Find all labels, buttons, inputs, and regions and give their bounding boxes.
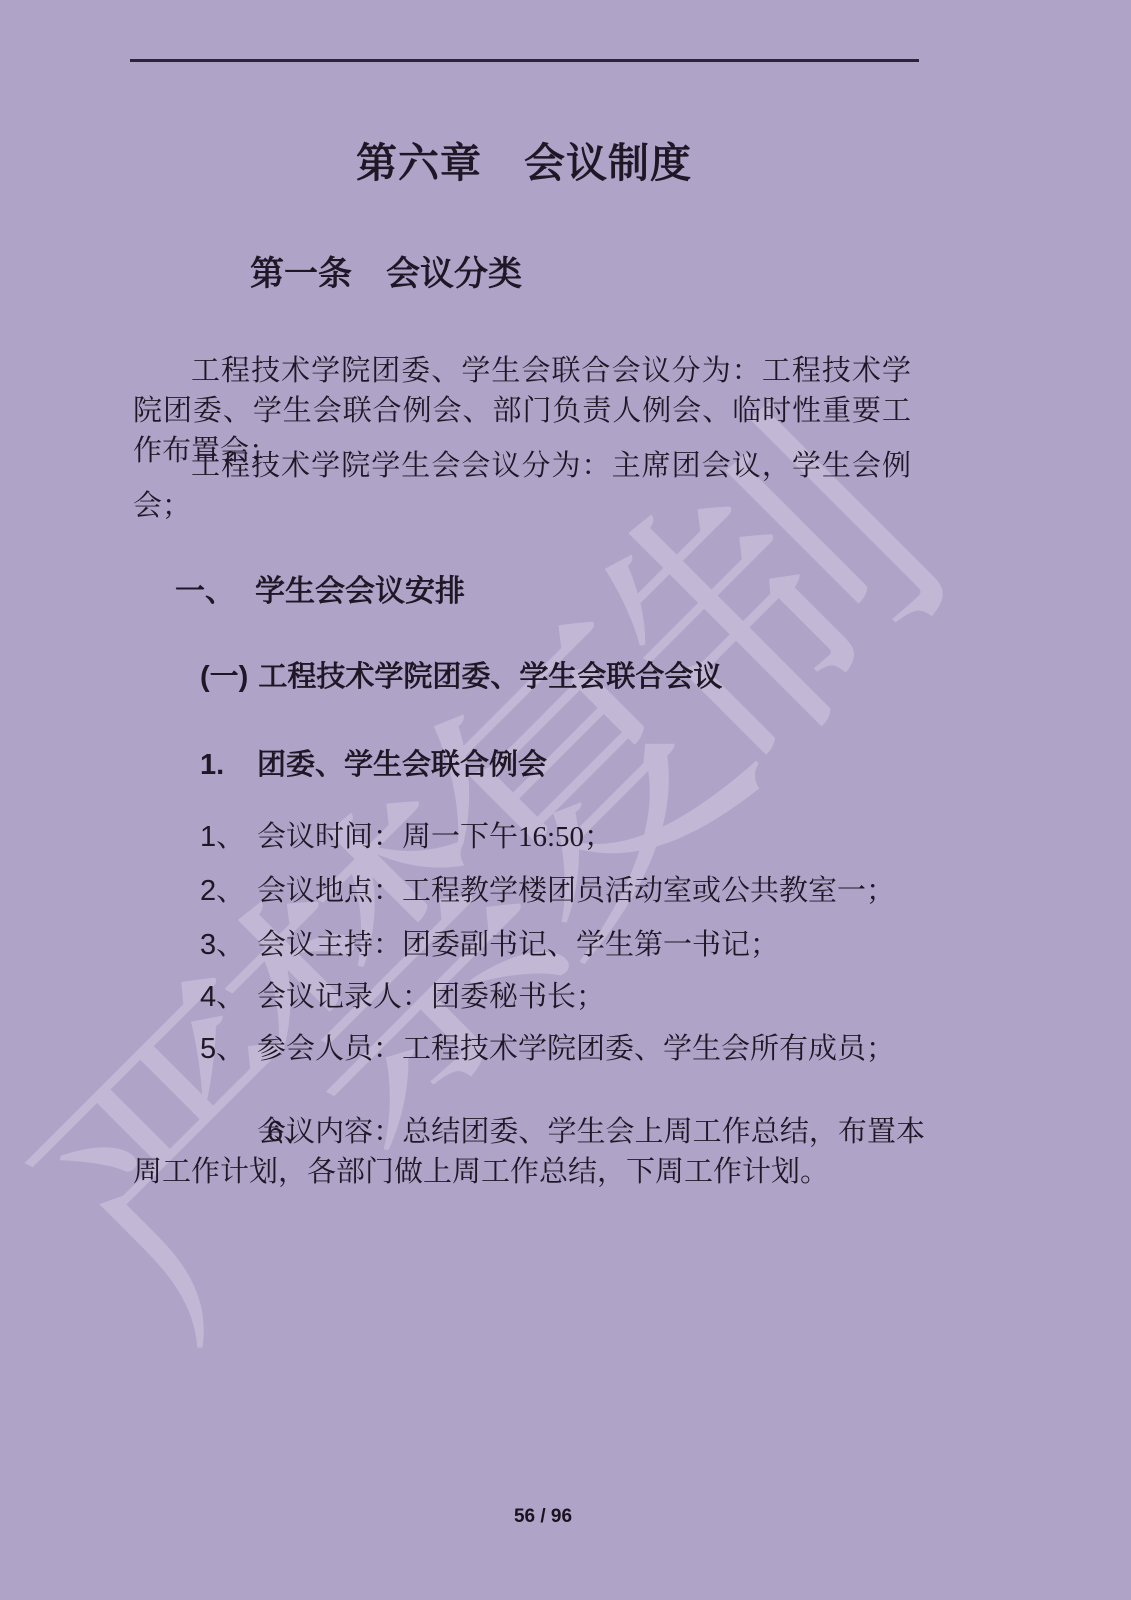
list-item: 3、会议主持：团委副书记、学生第一书记； (200, 925, 779, 965)
list-item: 1、会议时间：周一下午16:50； (200, 817, 613, 857)
list-item-text: 会议地点：工程教学楼团员活动室或公共教室一； (257, 875, 895, 907)
list-item-text: 会议主持：团委副书记、学生第一书记； (257, 929, 779, 961)
page-number-total: 96 (551, 1506, 572, 1527)
list-item-text: 会议记录人：团委秘书长； (257, 981, 605, 1013)
subsubsection-heading: 1.团委、学生会联合例会 (200, 742, 547, 783)
page-footer: 56 / 96 (0, 1506, 1131, 1528)
list-item-number: 4、 (200, 977, 257, 1017)
list-item-text: 会议时间：周一下午16:50； (257, 821, 613, 853)
list-item: 6、会议内容：总结团委、学生会上周工作总结，布置本周工作计划，各部门做上周工作总… (133, 1112, 925, 1192)
list-item: 2、会议地点：工程教学楼团员活动室或公共教室一； (200, 871, 895, 911)
chapter-title: 第六章 会议制度 (356, 130, 692, 189)
list-item-number: 1、 (200, 817, 257, 857)
section-marker: 一、 (175, 566, 255, 610)
subsection-heading: (一)工程技术学院团委、学生会联合会议 (200, 654, 722, 695)
section-title: 学生会会议安排 (255, 575, 465, 608)
list-item-text: 参会人员：工程技术学院团委、学生会所有成员； (257, 1033, 895, 1065)
subsection-marker: (一) (200, 661, 248, 693)
page-number-current: 56 (514, 1506, 535, 1527)
list-item: 4、会议记录人：团委秘书长； (200, 977, 605, 1017)
list-item-number: 6、 (200, 1112, 257, 1152)
list-item: 5、参会人员：工程技术学院团委、学生会所有成员； (200, 1029, 895, 1069)
document-page: 严禁复制 第六章 会议制度 第一条 会议分类 工程技术学院团委、学生会联合会议分… (0, 0, 1131, 1600)
subsection-title: 工程技术学院团委、学生会联合会议 (258, 661, 722, 693)
list-item-number: 2、 (200, 871, 257, 911)
article-heading: 第一条 会议分类 (250, 246, 522, 295)
list-item-number: 5、 (200, 1029, 257, 1069)
page-number-separator: / (535, 1506, 551, 1527)
subsubsection-title: 团委、学生会联合例会 (257, 749, 547, 781)
section-heading: 一、学生会会议安排 (175, 566, 465, 610)
header-rule (130, 59, 919, 62)
paragraph-meeting-student-union: 工程技术学院学生会会议分为：主席团会议，学生会例会； (133, 446, 911, 526)
list-item-number: 3、 (200, 925, 257, 965)
subsubsection-number: 1. (200, 749, 257, 782)
